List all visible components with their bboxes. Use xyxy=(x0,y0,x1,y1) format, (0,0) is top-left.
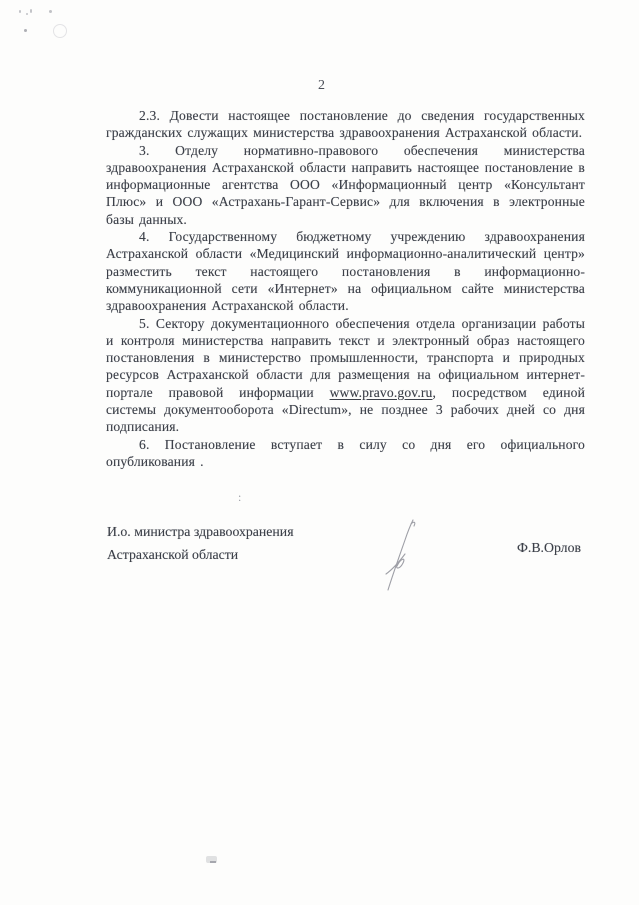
signatory-title-line1: И.о. министра здравоохранения xyxy=(107,521,294,544)
signatory-title-line2: Астраханской области xyxy=(107,544,294,567)
paragraph-2-3: 2.3. Довести настоящее постановление до … xyxy=(106,107,585,142)
scan-speck xyxy=(26,13,28,15)
paragraph-3: 3. Отделу нормативно-правового обеспечен… xyxy=(106,142,585,228)
handwritten-signature-icon xyxy=(378,514,424,594)
scan-colon-mark: : xyxy=(238,490,241,505)
page-number: 2 xyxy=(318,78,325,94)
scan-speck xyxy=(24,29,27,32)
scan-speck xyxy=(49,10,52,13)
paragraph-6: 6. Постановление вступает в силу со дня … xyxy=(106,436,585,471)
paragraph-5: 5. Сектору документационного обеспечения… xyxy=(106,315,585,436)
scan-bottom-mark xyxy=(206,856,217,863)
document-page: : 2 2.3. Довести настоящее постановление… xyxy=(0,0,639,905)
signatory-title: И.о. министра здравоохранения Астраханск… xyxy=(107,521,294,566)
scan-speck xyxy=(30,9,32,13)
pravo-gov-ru-link[interactable]: www.pravo.gov.ru xyxy=(330,385,433,400)
paragraph-4: 4. Государственному бюджетному учреждени… xyxy=(106,228,585,314)
signatory-name: Ф.В.Орлов xyxy=(517,540,581,556)
document-body: 2.3. Довести настоящее постановление до … xyxy=(106,107,585,470)
scan-speck xyxy=(19,10,21,13)
scan-ring-mark xyxy=(53,24,67,38)
